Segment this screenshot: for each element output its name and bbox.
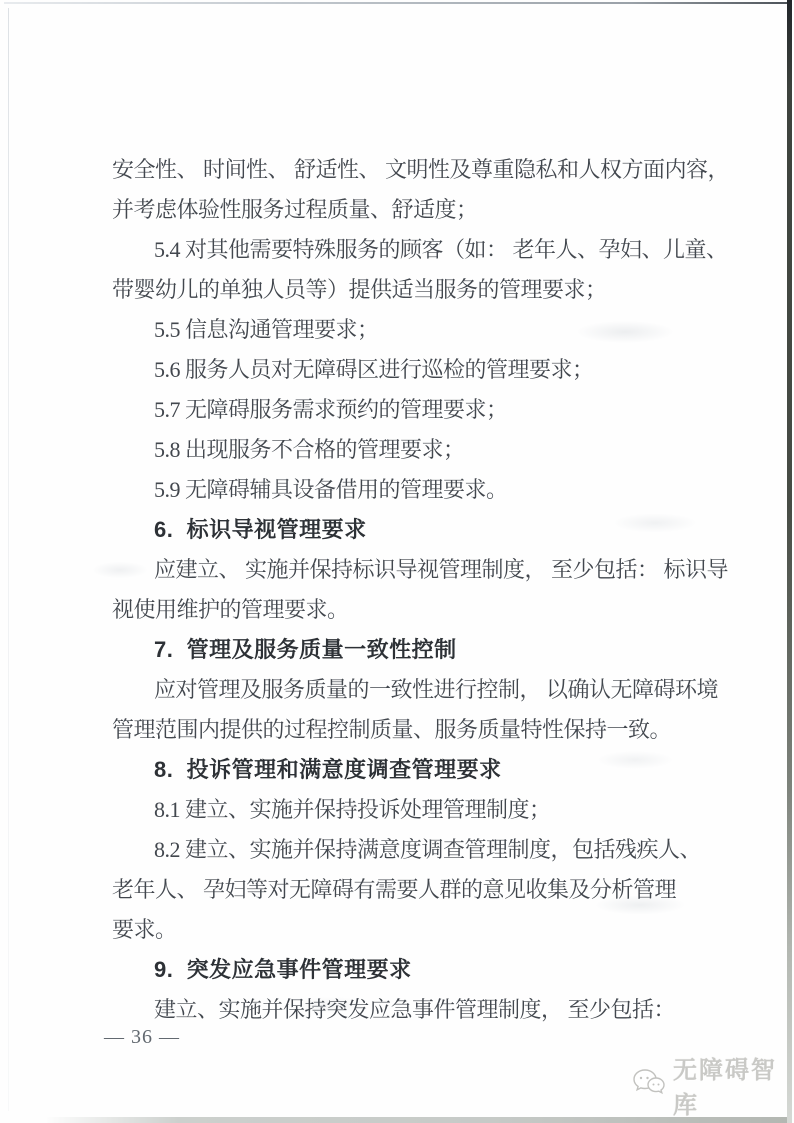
text-line: 8.2 建立、实施并保持满意度调查管理制度，包括残疾人、 [112,830,722,870]
text-line: 8.1 建立、实施并保持投诉处理管理制度； [112,790,722,830]
text-line: 5.6 服务人员对无障碍区进行巡检的管理要求； [112,350,722,390]
document-body: 安全性、 时间性、 舒适性、 文明性及尊重隐私和人权方面内容，并考虑体验性服务过… [112,150,722,1030]
watermark: 无障碍智库 [632,1068,794,1102]
text-line: 建立、实施并保持突发应急事件管理制度， 至少包括： [112,990,722,1030]
scan-edge-top [4,2,788,4]
scanned-document-page: 安全性、 时间性、 舒适性、 文明性及尊重隐私和人权方面内容，并考虑体验性服务过… [0,0,794,1123]
text-line: 应对管理及服务质量的一致性进行控制， 以确认无障碍环境 [112,670,722,710]
text-line: 5.7 无障碍服务需求预约的管理要求； [112,390,722,430]
text-line: 并考虑体验性服务过程质量、舒适度； [112,190,722,230]
section-heading: 9. 突发应急事件管理要求 [112,950,722,990]
section-heading: 8. 投诉管理和满意度调查管理要求 [112,750,722,790]
chat-bubbles-icon [632,1068,666,1103]
text-line: 应建立、 实施并保持标识导视管理制度， 至少包括： 标识导 [112,550,722,590]
text-line: 带婴幼儿的单独人员等）提供适当服务的管理要求； [112,270,722,310]
text-line: 5.8 出现服务不合格的管理要求； [112,430,722,470]
section-heading: 7. 管理及服务质量一致性控制 [112,630,722,670]
text-line: 5.5 信息沟通管理要求； [112,310,722,350]
scan-edge-right [787,0,792,1123]
section-heading: 6. 标识导视管理要求 [112,510,722,550]
text-line: 5.4 对其他需要特殊服务的顾客（如： 老年人、孕妇、儿童、 [112,230,722,270]
text-line: 视使用维护的管理要求。 [112,590,722,630]
page-number: — 36 — [104,1022,180,1052]
text-line: 5.9 无障碍辅具设备借用的管理要求。 [112,470,722,510]
watermark-text: 无障碍智库 [673,1050,794,1120]
text-line: 管理范围内提供的过程控制质量、服务质量特性保持一致。 [112,710,722,750]
text-line: 老年人、 孕妇等对无障碍有需要人群的意见收集及分析管理 [112,870,722,910]
text-line: 安全性、 时间性、 舒适性、 文明性及尊重隐私和人权方面内容， [112,150,722,190]
text-line: 要求。 [112,910,722,950]
scan-edge-left [8,8,9,1111]
